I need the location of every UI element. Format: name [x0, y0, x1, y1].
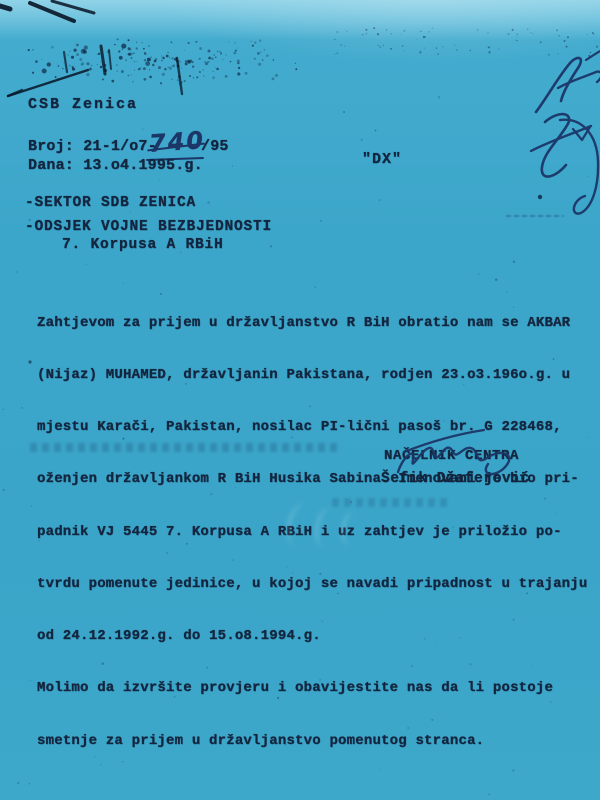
bleed-through-text-ghost [30, 443, 340, 452]
faint-pen-dash-line [506, 215, 564, 217]
scanned-letter-page: CSB Zenica Broj: 21-1/o7- 740 /95 Dana: … [0, 0, 600, 800]
bleed-through-text-ghost [332, 498, 450, 507]
body-line: tvrdu pomenute jedinice, u kojoj se nava… [37, 576, 588, 593]
body-line: od 24.12.1992.g. do 15.o8.1994.g. [37, 628, 588, 645]
recipient-military-security: -ODSJEK VOJNE BEZBJEDNOSTI [25, 219, 272, 235]
recipient-sector-sdb: -SEKTOR SDB ZENICA [25, 195, 196, 211]
body-line: Zahtjevom za prijem u državljanstvo R Bi… [37, 315, 588, 332]
letter-body: Zahtjevom za prijem u državljanstvo R Bi… [37, 280, 588, 785]
handwritten-signature [390, 432, 550, 492]
recipient-corps: 7. Korpusa A RBiH [62, 237, 224, 253]
body-line: (Nijaz) MUHAMED, državljanin Pakistana, … [37, 367, 588, 384]
body-line: smetnje za prijem u državljanstvo pomenu… [37, 733, 588, 750]
body-line: Molimo da izvršite provjeru i obavijesti… [37, 680, 588, 697]
body-line: padnik VJ 5445 7. Korpusa A RBiH i uz za… [37, 524, 588, 541]
